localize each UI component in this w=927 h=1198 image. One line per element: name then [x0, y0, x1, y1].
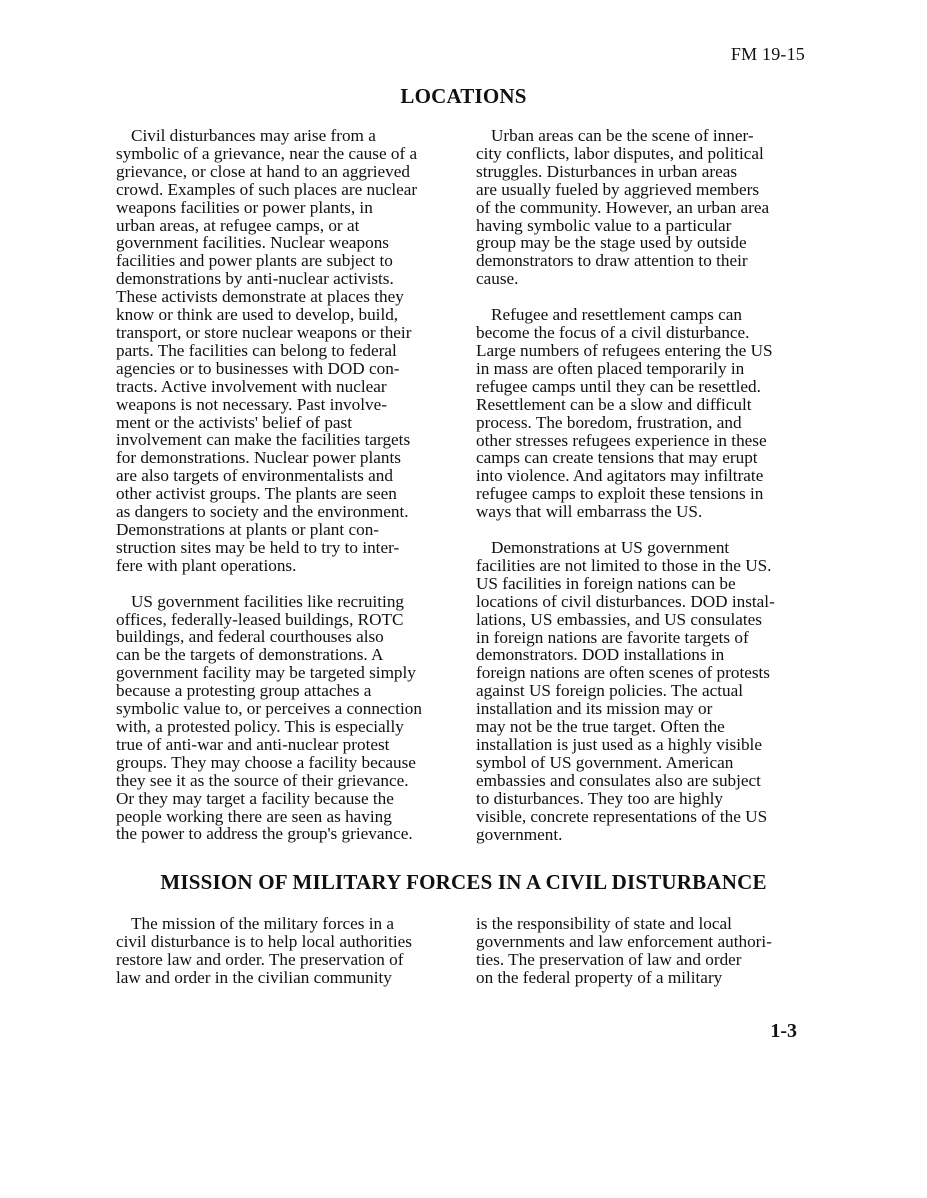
text-line: embassies and consulates also are subjec… — [476, 772, 821, 790]
text-line: lations, US embassies, and US consulates — [476, 611, 821, 629]
text-line: Urban areas can be the scene of inner- — [476, 127, 821, 145]
text-line: Refugee and resettlement camps can — [476, 306, 821, 324]
locations-right-column: Urban areas can be the scene of inner-ci… — [476, 127, 821, 861]
text-line: installation and its mission may or — [476, 700, 821, 718]
text-line: These activists demonstrate at places th… — [116, 288, 461, 306]
section-title-mission: MISSION OF MILITARY FORCES IN A CIVIL DI… — [0, 870, 927, 895]
text-line: locations of civil disturbances. DOD ins… — [476, 593, 821, 611]
text-line: refugee camps to exploit these tensions … — [476, 485, 821, 503]
text-line: they see it as the source of their griev… — [116, 772, 461, 790]
text-line: to disturbances. They too are highly — [476, 790, 821, 808]
text-line: refugee camps until they can be resettle… — [476, 378, 821, 396]
text-line: Large numbers of refugees entering the U… — [476, 342, 821, 360]
text-line: demonstrators to draw attention to their — [476, 252, 821, 270]
text-line: know or think are used to develop, build… — [116, 306, 461, 324]
page-number: 1-3 — [770, 1020, 797, 1043]
text-line: government. — [476, 826, 821, 844]
text-line: group may be the stage used by outside — [476, 234, 821, 252]
text-line: struggles. Disturbances in urban areas — [476, 163, 821, 181]
text-line: offices, federally-leased buildings, ROT… — [116, 611, 461, 629]
text-line: symbolic of a grievance, near the cause … — [116, 145, 461, 163]
text-line: groups. They may choose a facility becau… — [116, 754, 461, 772]
text-line: installation is just used as a highly vi… — [476, 736, 821, 754]
text-line: foreign nations are often scenes of prot… — [476, 664, 821, 682]
text-line: urban areas, at refugee camps, or at — [116, 217, 461, 235]
text-line: other activist groups. The plants are se… — [116, 485, 461, 503]
text-line: the power to address the group's grievan… — [116, 825, 461, 843]
text-line: The mission of the military forces in a — [116, 915, 461, 933]
paragraph: Civil disturbances may arise from asymbo… — [116, 127, 461, 575]
text-line: government facilities. Nuclear weapons — [116, 234, 461, 252]
text-line: facilities are not limited to those in t… — [476, 557, 821, 575]
text-line: other stresses refugees experience in th… — [476, 432, 821, 450]
text-line: for demonstrations. Nuclear power plants — [116, 449, 461, 467]
text-line: with, a protested policy. This is especi… — [116, 718, 461, 736]
text-line: ways that will embarrass the US. — [476, 503, 821, 521]
text-line: law and order in the civilian community — [116, 969, 461, 987]
text-line: are also targets of environmentalists an… — [116, 467, 461, 485]
text-line: civil disturbance is to help local autho… — [116, 933, 461, 951]
text-line: on the federal property of a military — [476, 969, 821, 987]
text-line: visible, concrete representations of the… — [476, 808, 821, 826]
text-line: Demonstrations at US government — [476, 539, 821, 557]
text-line: weapons is not necessary. Past involve- — [116, 396, 461, 414]
text-line: struction sites may be held to try to in… — [116, 539, 461, 557]
text-line: camps can create tensions that may erupt — [476, 449, 821, 467]
text-line: are usually fueled by aggrieved members — [476, 181, 821, 199]
text-line: grievance, or close at hand to an aggrie… — [116, 163, 461, 181]
paragraph: Refugee and resettlement camps canbecome… — [476, 306, 821, 521]
text-line: ment or the activists' belief of past — [116, 414, 461, 432]
text-line: involvement can make the facilities targ… — [116, 431, 461, 449]
section-title-locations: LOCATIONS — [0, 84, 927, 109]
text-line: can be the targets of demonstrations. A — [116, 646, 461, 664]
text-line: having symbolic value to a particular — [476, 217, 821, 235]
mission-right-column: is the responsibility of state and local… — [476, 915, 821, 1005]
text-line: governments and law enforcement authori- — [476, 933, 821, 951]
running-head: FM 19-15 — [731, 44, 805, 65]
text-line: Or they may target a facility because th… — [116, 790, 461, 808]
paragraph: US government facilities like recruiting… — [116, 593, 461, 844]
text-line: of the community. However, an urban area — [476, 199, 821, 217]
text-line: buildings, and federal courthouses also — [116, 628, 461, 646]
text-line: facilities and power plants are subject … — [116, 252, 461, 270]
text-line: in foreign nations are favorite targets … — [476, 629, 821, 647]
text-line: demonstrators. DOD installations in — [476, 646, 821, 664]
text-line: city conflicts, labor disputes, and poli… — [476, 145, 821, 163]
text-line: people working there are seen as having — [116, 808, 461, 826]
text-line: in mass are often placed temporarily in — [476, 360, 821, 378]
text-line: fere with plant operations. — [116, 557, 461, 575]
mission-left-column: The mission of the military forces in ac… — [116, 915, 461, 1005]
locations-left-column: Civil disturbances may arise from asymbo… — [116, 127, 461, 861]
text-line: Civil disturbances may arise from a — [116, 127, 461, 145]
text-line: because a protesting group attaches a — [116, 682, 461, 700]
text-line: cause. — [476, 270, 821, 288]
text-line: true of anti-war and anti-nuclear protes… — [116, 736, 461, 754]
text-line: parts. The facilities can belong to fede… — [116, 342, 461, 360]
text-line: tracts. Active involvement with nuclear — [116, 378, 461, 396]
text-line: symbolic value to, or perceives a connec… — [116, 700, 461, 718]
text-line: Resettlement can be a slow and difficult — [476, 396, 821, 414]
text-line: become the focus of a civil disturbance. — [476, 324, 821, 342]
paragraph: Urban areas can be the scene of inner-ci… — [476, 127, 821, 288]
paragraph: is the responsibility of state and local… — [476, 915, 821, 987]
text-line: is the responsibility of state and local — [476, 915, 821, 933]
text-line: Demonstrations at plants or plant con- — [116, 521, 461, 539]
paragraph: The mission of the military forces in ac… — [116, 915, 461, 987]
text-line: against US foreign policies. The actual — [476, 682, 821, 700]
text-line: US government facilities like recruiting — [116, 593, 461, 611]
text-line: weapons facilities or power plants, in — [116, 199, 461, 217]
text-line: demonstrations by anti-nuclear activists… — [116, 270, 461, 288]
text-line: crowd. Examples of such places are nucle… — [116, 181, 461, 199]
text-line: agencies or to businesses with DOD con- — [116, 360, 461, 378]
text-line: restore law and order. The preservation … — [116, 951, 461, 969]
text-line: transport, or store nuclear weapons or t… — [116, 324, 461, 342]
text-line: symbol of US government. American — [476, 754, 821, 772]
text-line: into violence. And agitators may infiltr… — [476, 467, 821, 485]
text-line: US facilities in foreign nations can be — [476, 575, 821, 593]
text-line: ties. The preservation of law and order — [476, 951, 821, 969]
text-line: may not be the true target. Often the — [476, 718, 821, 736]
text-line: process. The boredom, frustration, and — [476, 414, 821, 432]
text-line: as dangers to society and the environmen… — [116, 503, 461, 521]
paragraph: Demonstrations at US governmentfacilitie… — [476, 539, 821, 843]
text-line: government facility may be targeted simp… — [116, 664, 461, 682]
